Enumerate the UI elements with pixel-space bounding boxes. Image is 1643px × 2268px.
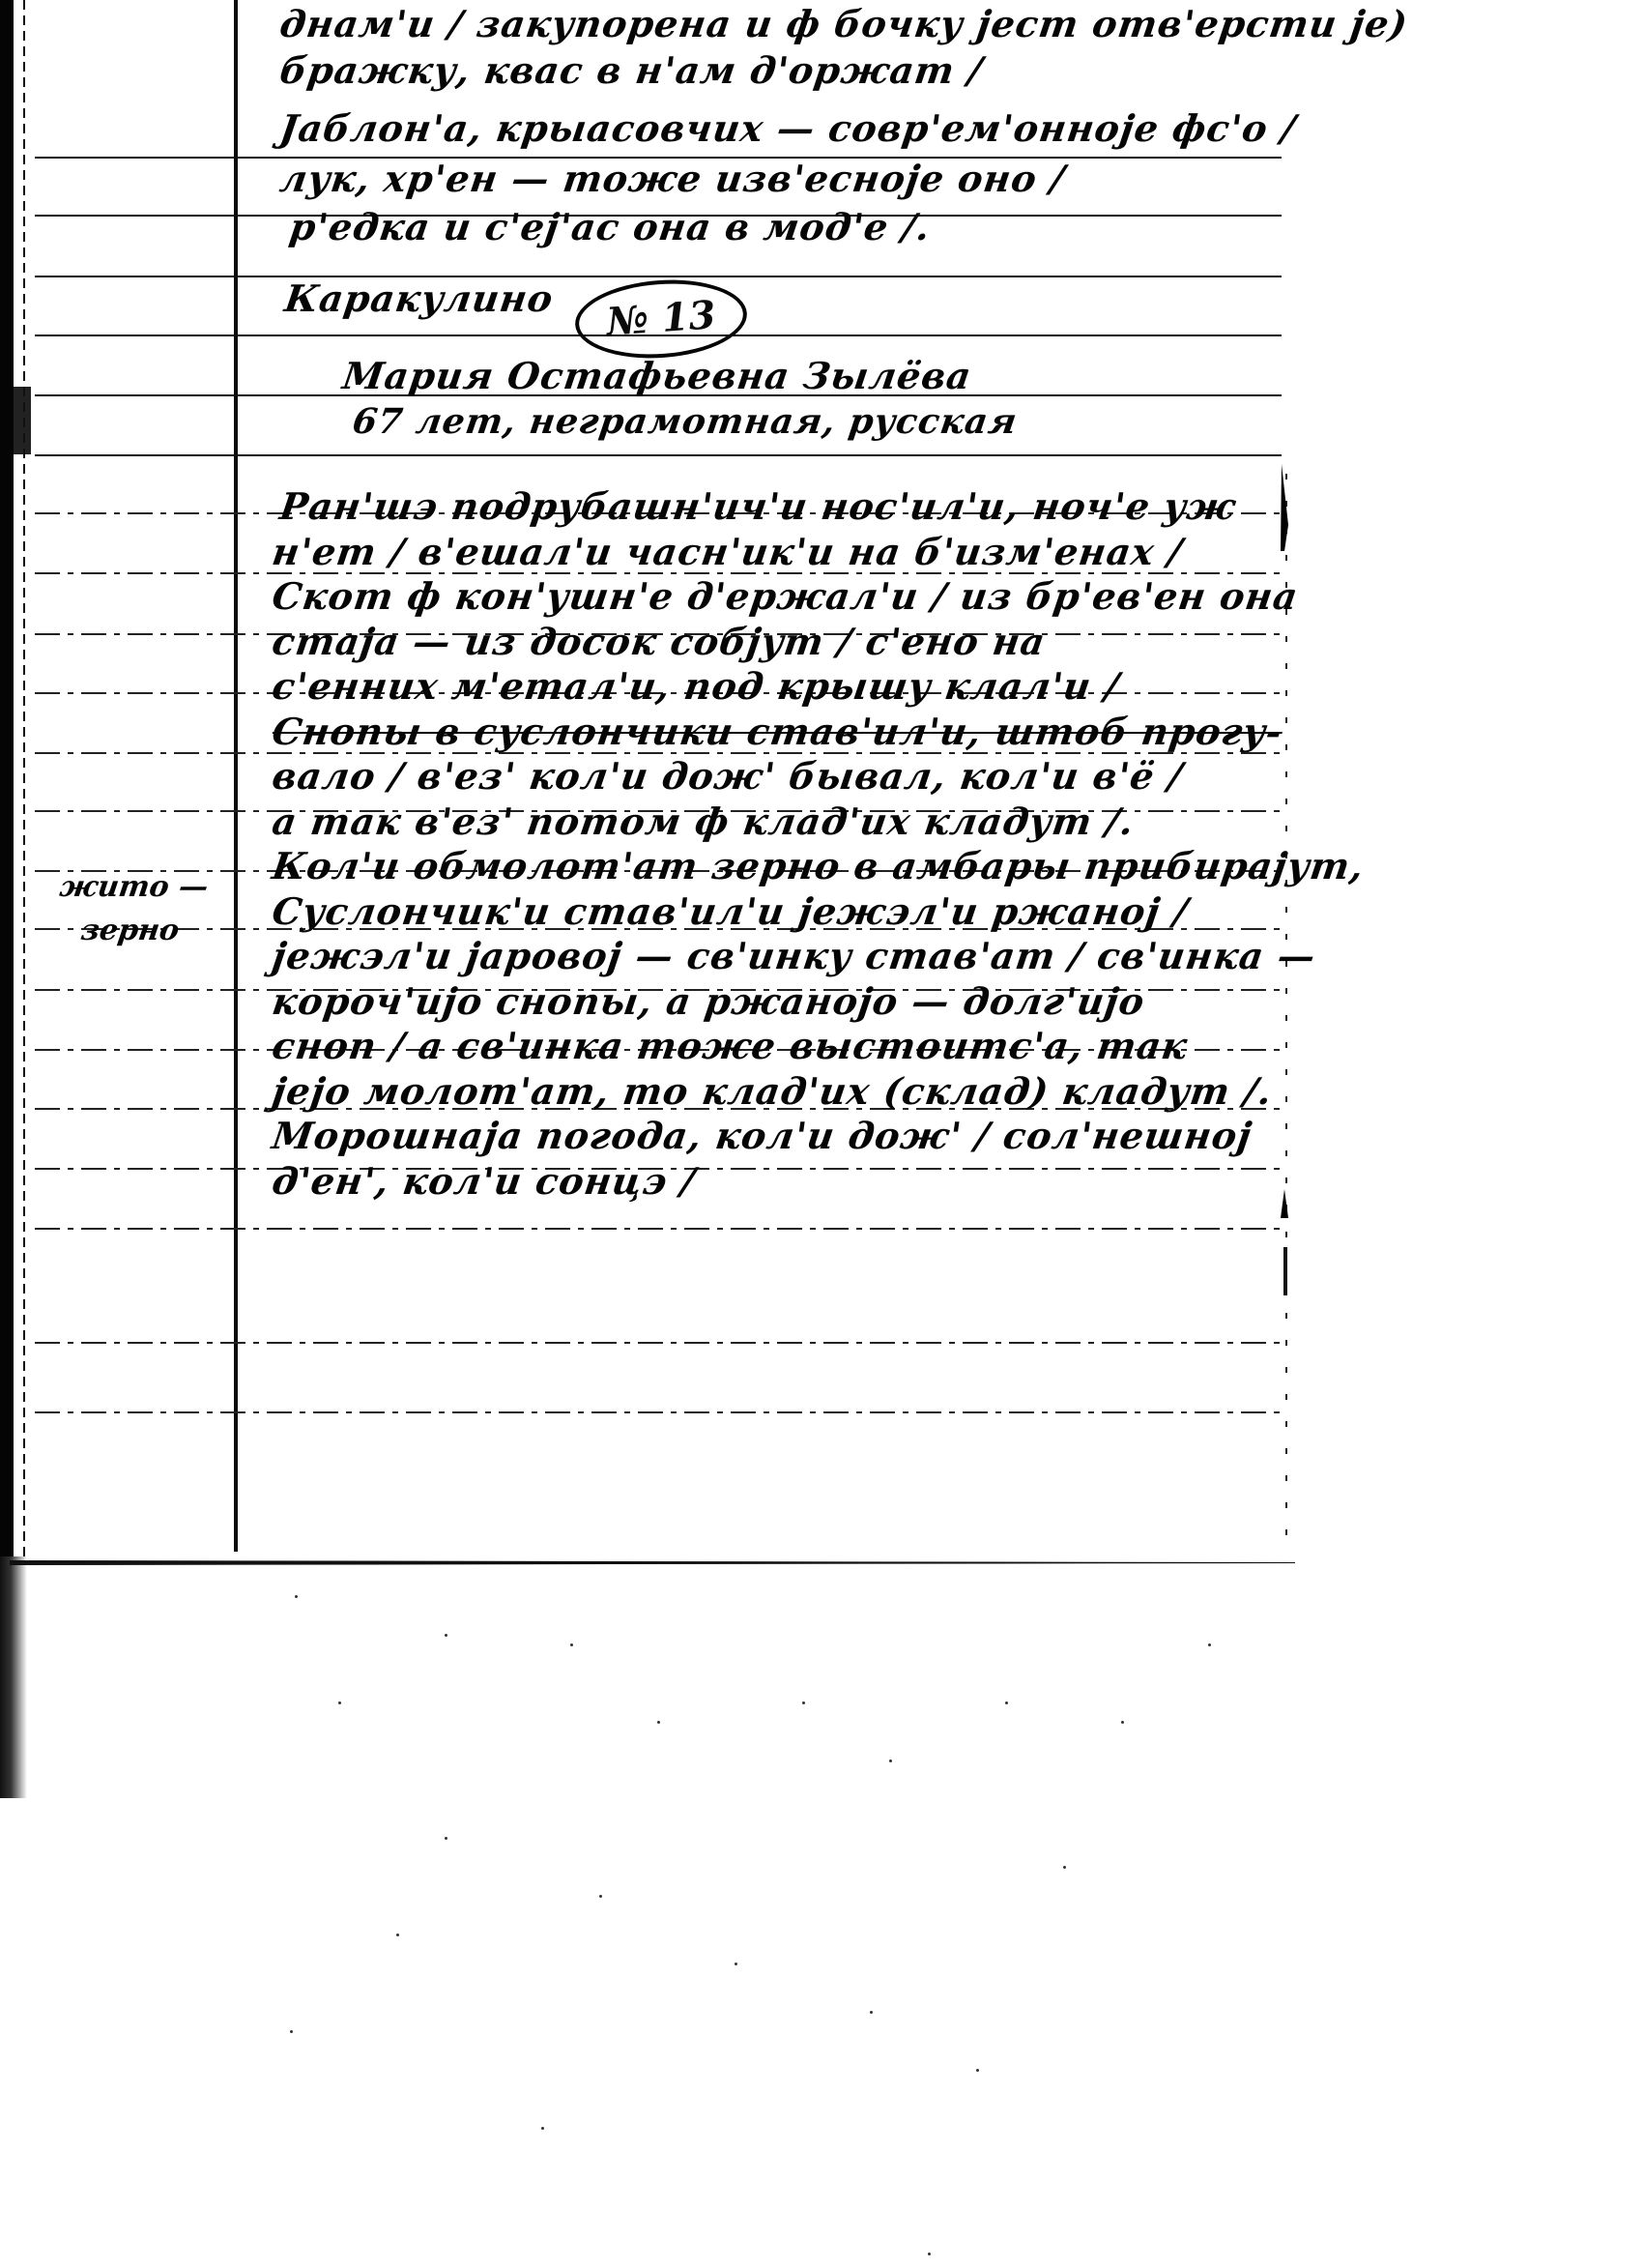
text-line: д'ен', кол'и сонцэ / xyxy=(270,1163,698,1200)
binding-edge xyxy=(0,0,14,1556)
margin-line xyxy=(234,0,238,1552)
speck xyxy=(338,1701,341,1704)
speck xyxy=(928,2253,931,2255)
text-line: јејо молот'ат, то клад'их (склад) кладут… xyxy=(270,1073,1275,1110)
text-line: Суслончик'и став'ил'и јежэл'и ржаној / xyxy=(270,893,1191,930)
text-line: Ран'шэ подрубашн'ич'и нос'ил'и, ноч'е уж xyxy=(277,488,1238,525)
ruled-line xyxy=(35,1228,1282,1230)
ruled-line xyxy=(35,454,1282,456)
speck xyxy=(657,1721,660,1724)
speck xyxy=(1063,1866,1066,1869)
text-line: н'ет / в'ешал'и часн'ик'и на б'изм'енах … xyxy=(270,534,1185,570)
text-line: Јаблон'а, крыасовчих — совр'ем'онноје фс… xyxy=(277,110,1298,147)
speck xyxy=(889,1759,892,1762)
notebook-page: днам'и / закупорена и ф бочку јест отв'е… xyxy=(0,0,1643,2268)
speck xyxy=(870,2011,873,2014)
speck xyxy=(599,1895,602,1898)
speck xyxy=(976,2069,979,2072)
speck xyxy=(445,1634,447,1637)
text-line: стаја — из досок собјут / с'ено на xyxy=(270,624,1048,660)
speck xyxy=(396,1934,399,1936)
text-line: Кол'и обмолот'ат зерно в амбары прибирај… xyxy=(270,848,1367,885)
text-line: короч'ијо снопы, а ржанојо — долг'ијо xyxy=(270,983,1147,1020)
speck xyxy=(295,1595,298,1598)
text-line: сноп / а св'инка тоже выстоитс'а, так xyxy=(270,1028,1190,1064)
binding-shadow xyxy=(0,1556,27,1798)
text-line: днам'и / закупорена и ф бочку јест отв'е… xyxy=(277,6,1410,43)
entry-number-circle: № 13 xyxy=(572,275,749,363)
speck xyxy=(735,1963,737,1965)
speck xyxy=(802,1701,805,1704)
text-line: с'енних м'етал'и, под крышу клал'и / xyxy=(270,668,1122,705)
right-margin-line xyxy=(1285,474,1287,1556)
ruled-line xyxy=(35,276,1282,277)
informant-name: Мария Остафьевна Зылёва xyxy=(340,358,973,394)
margin-note-line1: жито — xyxy=(58,870,211,904)
speck xyxy=(1121,1721,1124,1724)
margin-note-line2: зерно xyxy=(79,914,182,947)
ruled-line xyxy=(35,1342,1282,1344)
speck xyxy=(1005,1701,1008,1704)
bottom-rule xyxy=(10,1560,1295,1565)
text-line: јежэл'и јаровој — св'инку став'ат / св'и… xyxy=(270,938,1318,974)
right-margin-mark xyxy=(1283,1247,1287,1295)
text-line: вало / в'ез' кол'и дож' бывал, кол'и в'ё… xyxy=(270,758,1185,795)
entry-number: № 13 xyxy=(578,290,745,347)
text-line: Морошнаја погода, кол'и дож' / сол'нешно… xyxy=(270,1118,1254,1154)
speck xyxy=(290,2030,293,2033)
binding-notch xyxy=(14,387,31,454)
text-line: лук, хр'ен — тоже изв'есноје оно / xyxy=(277,160,1067,197)
village-name: Каракулино xyxy=(282,280,556,317)
informant-info: 67 лет, неграмотная, русская xyxy=(350,404,1020,439)
speck xyxy=(541,2127,544,2130)
text-line: Снопы в суслончики став'ил'и, штоб прогу… xyxy=(270,713,1284,750)
text-line: бражку, квас в н'ам д'оржат / xyxy=(277,52,985,89)
text-line: Скот ф кон'ушн'е д'ержал'и / из бр'ев'ен… xyxy=(270,578,1300,615)
text-line: а так в'ез' потом ф клад'их кладут /. xyxy=(270,803,1137,840)
speck xyxy=(570,1643,573,1646)
text-line: р'едка и с'еј'ас она в мод'е /. xyxy=(287,209,933,246)
page-edge-line xyxy=(23,0,25,1556)
speck xyxy=(445,1837,447,1840)
ruled-line xyxy=(35,1411,1282,1413)
speck xyxy=(1208,1643,1211,1646)
